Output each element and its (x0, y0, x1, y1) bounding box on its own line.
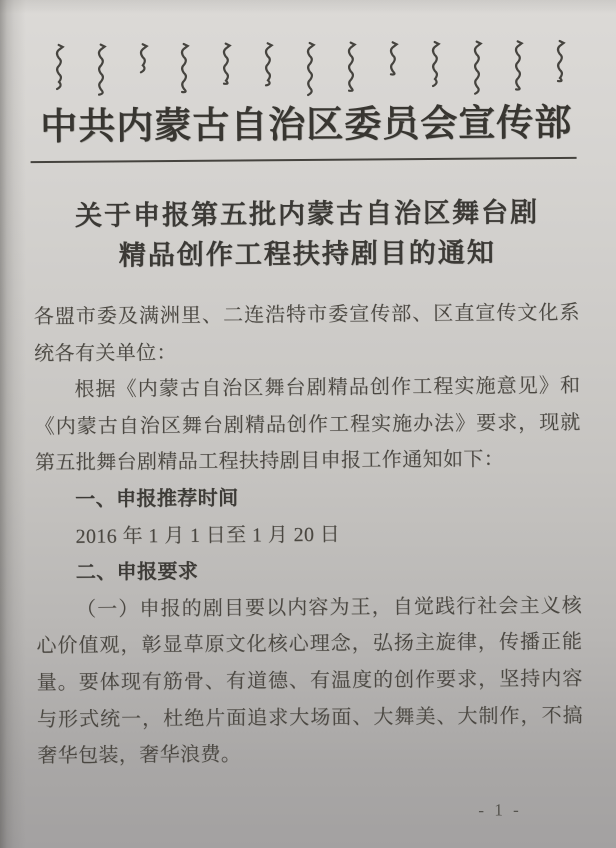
notice-title-line1: 关于申报第五批内蒙古自治区舞台剧 (0, 192, 615, 237)
mongolian-word-glyph (52, 44, 67, 90)
salutation: 各盟市委及满洲里、二连浩特市委宣传部、区直宣传文化系统各有关单位： (34, 295, 581, 372)
notice-title: 关于申报第五批内蒙古自治区舞台剧 精品创作工程扶持剧目的通知 (0, 192, 615, 277)
mongolian-word-glyph (469, 41, 484, 95)
org-name-heading: 中共内蒙古自治区委员会宣传部 (0, 98, 615, 155)
mongolian-script-row (52, 40, 568, 102)
section-2-heading: 二、申报要求 (36, 551, 582, 592)
mongolian-word-glyph (260, 42, 275, 86)
section-2-item-1: （一）申报的剧目要以内容为王，自觉践行社会主义核心价值观，彰显草原文化核心理念，… (36, 588, 583, 775)
page-number: - 1 - (478, 800, 521, 820)
section-1-date-range: 2016 年 1 月 1 日至 1 月 20 日 (35, 514, 581, 555)
document-content: 中共内蒙古自治区委员会宣传部 关于申报第五批内蒙古自治区舞台剧 精品创作工程扶持… (0, 0, 616, 848)
mongolian-word-glyph (511, 40, 526, 88)
mongolian-word-glyph (177, 43, 192, 91)
mongolian-word-glyph (427, 41, 442, 87)
mongolian-word-glyph (93, 44, 108, 96)
mongolian-word-glyph (344, 42, 359, 92)
document-body: 各盟市委及满洲里、二连浩特市委宣传部、区直宣传文化系统各有关单位： 根据《内蒙古… (34, 295, 584, 775)
mongolian-word-glyph (219, 43, 234, 83)
intro-paragraph: 根据《内蒙古自治区舞台剧精品创作工程实施意见》和《内蒙古自治区舞台剧精品创作工程… (34, 368, 581, 482)
mongolian-word-glyph (302, 42, 317, 96)
mongolian-word-glyph (553, 40, 568, 80)
section-1-heading: 一、申报推荐时间 (35, 478, 581, 519)
document-page: 中共内蒙古自治区委员会宣传部 关于申报第五批内蒙古自治区舞台剧 精品创作工程扶持… (0, 0, 616, 848)
header-divider (31, 157, 577, 163)
mongolian-word-glyph (135, 43, 150, 73)
mongolian-word-glyph (386, 41, 401, 75)
notice-title-line2: 精品创作工程扶持剧目的通知 (0, 232, 615, 277)
